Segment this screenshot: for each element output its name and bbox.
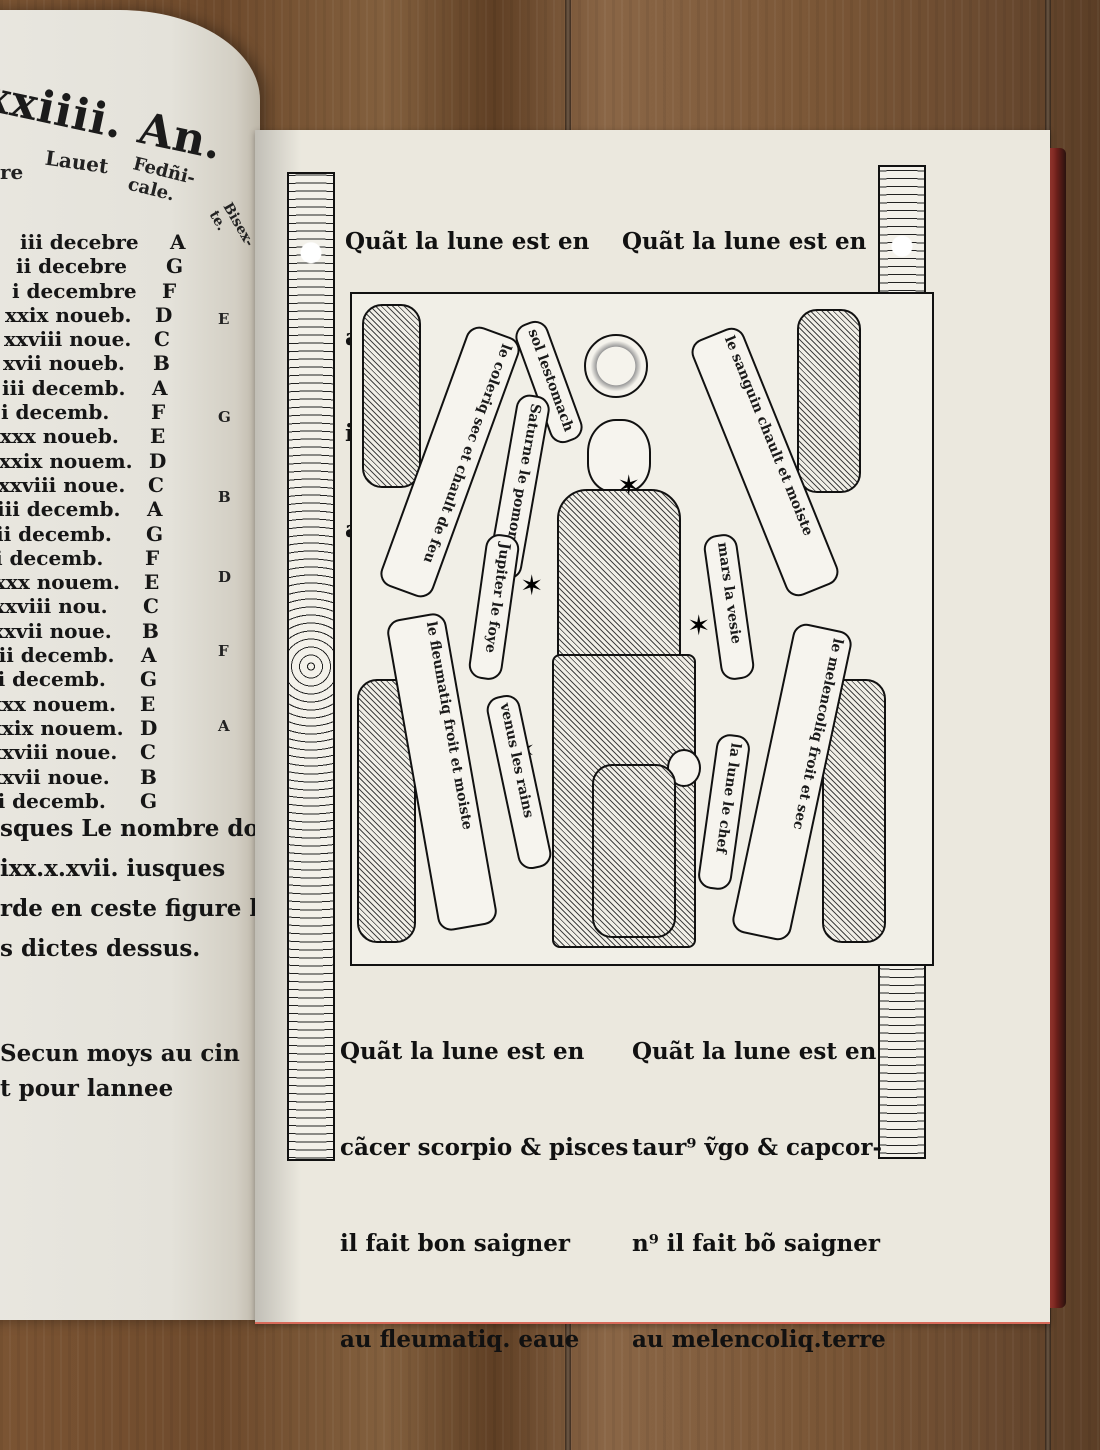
table-row: xxx nouem.E	[0, 570, 230, 594]
star-icon: ✶	[520, 569, 543, 602]
date-cell: iii decemb.	[0, 497, 147, 521]
dominical-letter-cell: A	[147, 497, 207, 521]
figure-man-right	[797, 309, 861, 493]
table-row: xxvii noue.B	[0, 619, 230, 643]
table-row: xvii noueb.B	[3, 351, 230, 375]
table-row: xxviii noue.C	[4, 327, 230, 351]
bisexte-letter: E	[218, 310, 229, 328]
text-line: rde en ceste figure la	[0, 895, 273, 922]
date-cell: iii decemb.	[0, 643, 141, 667]
table-row: xxix nouem.D	[0, 716, 230, 740]
date-cell: xxix nouem.	[0, 716, 140, 740]
table-row: ii decemb.G	[0, 789, 230, 813]
verse-line: Quãt la lune est en	[632, 1036, 877, 1068]
table-row: iii decemb.A	[2, 376, 230, 400]
text-line: ixx.x.xvii. iusques	[0, 855, 225, 882]
text-line: Secun moys au cin	[0, 1040, 240, 1067]
human-torso	[557, 489, 681, 663]
left-page: xxiiii. An. re Lauet Fedñi-cale. Bisex-t…	[0, 10, 260, 1320]
date-cell: xxviii noue.	[0, 473, 148, 497]
date-cell: xxix nouem.	[0, 449, 149, 473]
table-row: xxviii noue.C	[0, 473, 230, 497]
dominical-letter-cell: B	[142, 619, 202, 643]
dominical-letter-cell: G	[140, 667, 200, 691]
dominical-letter-cell: A	[152, 376, 212, 400]
table-row: xxx nouem.E	[0, 692, 230, 716]
table-row: i decembreF	[12, 279, 230, 303]
bisexte-letter: B	[218, 488, 231, 506]
date-cell: xvii noueb.	[3, 351, 153, 375]
table-row: ii decemb.G	[0, 667, 230, 691]
scroll-banner: Jupiter le foye	[467, 532, 521, 681]
text-line: t pour lannee	[0, 1075, 173, 1102]
left-ornamental-border	[287, 172, 335, 1161]
verse-bottom-right: Quãt la lune est en taur⁹ ṽgo & capcor- …	[632, 972, 877, 1388]
dominical-letter-cell: C	[143, 594, 203, 618]
book-cover-edge	[1048, 148, 1066, 1308]
running-title: xxiiii. An.	[0, 70, 227, 170]
zodiac-man-woodcut: ✶ ✶ ✶ ✶ ✶ sol lestomach Saturne le pomon…	[350, 292, 934, 966]
table-row: iii decemb.A	[0, 643, 230, 667]
date-cell: xxx nouem.	[0, 570, 144, 594]
verse-line: taur⁹ ṽgo & capcor-	[632, 1132, 877, 1164]
date-cell: iii decemb.	[2, 376, 152, 400]
dominical-letter-cell: F	[145, 546, 205, 570]
date-cell: iii decebre	[20, 230, 170, 254]
table-row: ii decemb.G	[0, 522, 230, 546]
bisexte-letter: A	[218, 717, 230, 735]
element-label: terre	[822, 1326, 886, 1353]
dominical-letter-cell: G	[166, 254, 226, 278]
bisexte-letter: G	[218, 408, 231, 426]
dominical-letter-cell: F	[162, 279, 222, 303]
table-row: xxx noueb.E	[0, 424, 230, 448]
dominical-letter-cell: D	[149, 449, 209, 473]
dominical-letter-cell: E	[144, 570, 204, 594]
dominical-letter-cell: C	[140, 740, 200, 764]
star-icon: ✶	[687, 609, 710, 642]
date-cell: xxviii noue.	[0, 740, 140, 764]
star-icon: ✶	[617, 469, 640, 502]
dominical-letter-cell: G	[146, 522, 206, 546]
figure-warrior	[362, 304, 421, 488]
date-cell: i decemb.	[1, 400, 151, 424]
sun-face-icon	[584, 334, 648, 398]
dominical-letter-cell: B	[153, 351, 213, 375]
date-cell: ii decemb.	[0, 789, 140, 813]
table-row: xxviii nou.C	[0, 594, 230, 618]
date-cell: ii decemb.	[0, 522, 146, 546]
figure-kneeling-jester	[592, 764, 676, 938]
text-line: sques Le nombre dor	[0, 815, 271, 842]
element-label: eaue	[518, 1326, 579, 1353]
date-cell: xxx nouem.	[0, 692, 140, 716]
dominical-letter-cell: C	[154, 327, 214, 351]
bisexte-letter: F	[218, 642, 229, 660]
verse-line: au fleumatiq.	[340, 1326, 510, 1353]
date-cell: i decemb.	[0, 546, 145, 570]
dominical-letter-cell: D	[140, 716, 200, 740]
date-cell: ii decebre	[16, 254, 166, 278]
table-row: ii decebreG	[16, 254, 230, 278]
dominical-letter-cell: E	[140, 692, 200, 716]
dominical-letter-cell: E	[150, 424, 210, 448]
date-cell: xxviii nou.	[0, 594, 143, 618]
column-header: Lauet	[44, 146, 110, 179]
dominical-letter-cell: B	[140, 765, 200, 789]
dominical-letter-cell: F	[151, 400, 211, 424]
table-row: i decemb.F	[0, 546, 230, 570]
table-row: xxix noueb.D	[5, 303, 230, 327]
date-table: iii decebreAii decebreGi decembreFxxix n…	[0, 230, 230, 813]
date-cell: xxx noueb.	[0, 424, 150, 448]
text-line: s dictes dessus.	[0, 935, 200, 962]
scroll-banner: mars la vesie	[702, 532, 756, 681]
table-row: i decemb.F	[1, 400, 230, 424]
date-cell: i decembre	[12, 279, 162, 303]
verse-line: Quãt la lune est en	[340, 1036, 580, 1068]
date-cell: xxviii noue.	[4, 327, 154, 351]
dominical-letter-cell: A	[170, 230, 230, 254]
dominical-letter-cell: G	[140, 789, 200, 813]
date-cell: xxvii noue.	[0, 619, 142, 643]
verse-line: il fait bon saigner	[340, 1228, 580, 1260]
date-cell: xxix noueb.	[5, 303, 155, 327]
dominical-letter-cell: D	[155, 303, 215, 327]
dominical-letter-cell: C	[148, 473, 208, 497]
table-row: iii decemb.A	[0, 497, 230, 521]
verse-line: Quãt la lune est en	[622, 226, 872, 258]
dominical-letter-cell: A	[141, 643, 201, 667]
verse-line: au melencoliq.	[632, 1326, 822, 1353]
table-row: iii decebreA	[20, 230, 230, 254]
table-row: xxviii noue.C	[0, 740, 230, 764]
table-row: xxix nouem.D	[0, 449, 230, 473]
verse-line: cãcer scorpio & pisces	[340, 1132, 580, 1164]
bisexte-letter: D	[218, 568, 231, 586]
column-header: re	[0, 160, 23, 184]
table-row: xxvii noue.B	[0, 765, 230, 789]
verse-line: Quãt la lune est en	[345, 226, 555, 258]
verse-line: n⁹ il fait bõ saigner	[632, 1228, 877, 1260]
verse-bottom-left: Quãt la lune est en cãcer scorpio & pisc…	[340, 972, 580, 1388]
scroll-banner: venus les rains	[484, 692, 554, 871]
date-cell: xxvii noue.	[0, 765, 140, 789]
date-cell: ii decemb.	[0, 667, 140, 691]
